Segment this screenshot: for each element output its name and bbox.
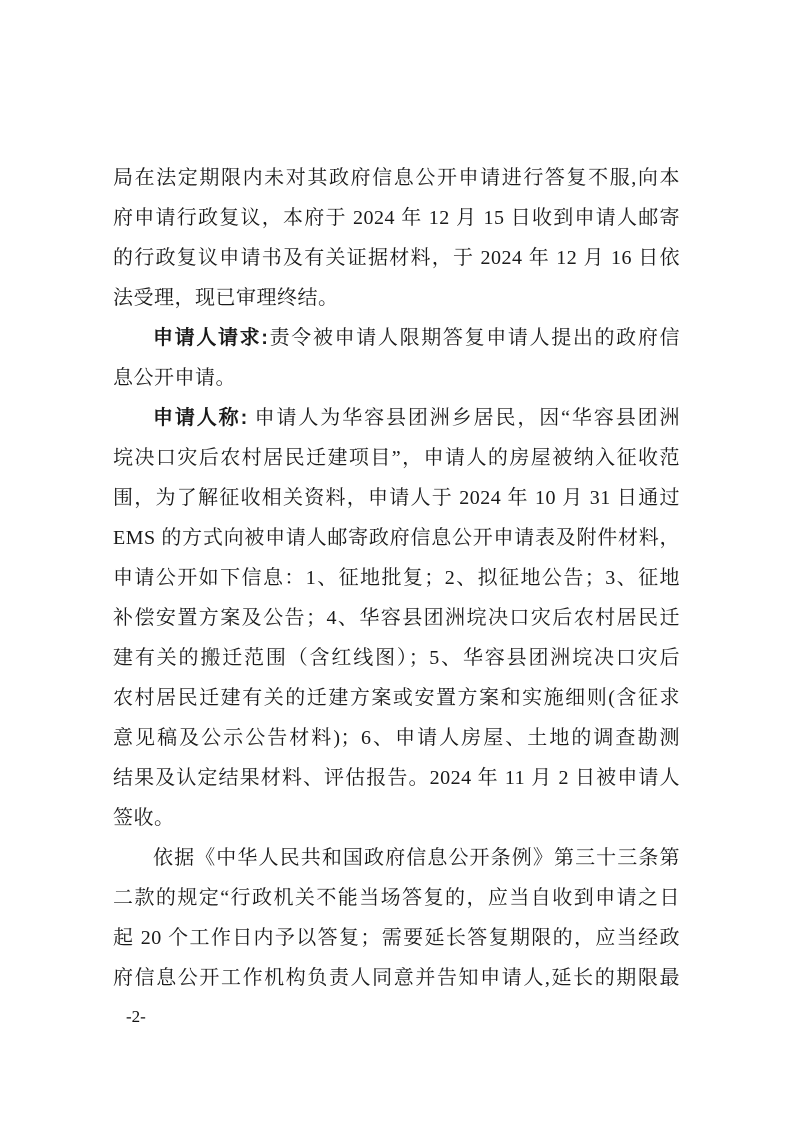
doc-line: 垸决口灾后农村居民迁建项目”，申请人的房屋被纳入征收范: [113, 438, 680, 478]
doc-line: 申请人请求:责令被申请人限期答复申请人提出的政府信: [113, 318, 680, 358]
doc-line: EMS 的方式向被申请人邮寄政府信息公开申请表及附件材料，: [113, 518, 680, 558]
doc-line-text: 责令被申请人限期答复申请人提出的政府信: [268, 327, 680, 349]
applicant-statement-label: 申请人称:: [153, 407, 248, 429]
doc-line: 法受理，现已审理终结。: [113, 278, 680, 318]
doc-line-text: 二款的规定“行政机关不能当场答复的，应当自收到申请之日: [113, 887, 680, 909]
doc-line-text: 签收。: [113, 807, 175, 829]
doc-line-text: 垸决口灾后农村居民迁建项目”，申请人的房屋被纳入征收范: [113, 447, 680, 469]
doc-line-text: 息公开申请。: [113, 367, 236, 389]
doc-line: 局在法定期限内未对其政府信息公开申请进行答复不服,向本: [113, 158, 680, 198]
doc-line: 的行政复议申请书及有关证据材料，于 2024 年 12 月 16 日依: [113, 238, 680, 278]
doc-line-text: 府信息公开工作机构负责人同意并告知申请人,延长的期限最: [113, 967, 680, 989]
doc-line-text: 依据《中华人民共和国政府信息公开条例》第三十三条第: [153, 847, 680, 869]
doc-line-text: 意见稿及公示公告材料)；6、申请人房屋、土地的调查勘测: [113, 727, 680, 749]
doc-line-text: 法受理，现已审理终结。: [113, 287, 339, 309]
doc-line-text: 补偿安置方案及公告；4、华容县团洲垸决口灾后农村居民迁: [113, 607, 680, 629]
document-body-text: 局在法定期限内未对其政府信息公开申请进行答复不服,向本 府申请行政复议，本府于 …: [113, 158, 680, 998]
page-number: -2-: [126, 1004, 146, 1030]
applicant-request-label: 申请人请求:: [153, 327, 268, 349]
doc-line: 补偿安置方案及公告；4、华容县团洲垸决口灾后农村居民迁: [113, 598, 680, 638]
doc-line: 意见稿及公示公告材料)；6、申请人房屋、土地的调查勘测: [113, 718, 680, 758]
doc-line: 农村居民迁建有关的迁建方案或安置方案和实施细则(含征求: [113, 678, 680, 718]
doc-line: 建有关的搬迁范围（含红线图）；5、华容县团洲垸决口灾后: [113, 638, 680, 678]
doc-line-text: EMS 的方式向被申请人邮寄政府信息公开申请表及附件材料，: [113, 527, 680, 549]
doc-line: 起 20 个工作日内予以答复；需要延长答复期限的，应当经政: [113, 918, 680, 958]
doc-line: 府申请行政复议，本府于 2024 年 12 月 15 日收到申请人邮寄: [113, 198, 680, 238]
doc-line-text: 围，为了解征收相关资料，申请人于 2024 年 10 月 31 日通过: [113, 487, 680, 509]
doc-line: 围，为了解征收相关资料，申请人于 2024 年 10 月 31 日通过: [113, 478, 680, 518]
doc-line: 申请公开如下信息：1、征地批复；2、拟征地公告；3、征地: [113, 558, 680, 598]
doc-line: 二款的规定“行政机关不能当场答复的，应当自收到申请之日: [113, 878, 680, 918]
doc-line: 依据《中华人民共和国政府信息公开条例》第三十三条第: [113, 838, 680, 878]
doc-line-text: 起 20 个工作日内予以答复；需要延长答复期限的，应当经政: [113, 927, 680, 949]
doc-line-text: 建有关的搬迁范围（含红线图）；5、华容县团洲垸决口灾后: [113, 647, 680, 669]
doc-line-text: 结果及认定结果材料、评估报告。2024 年 11 月 2 日被申请人: [113, 767, 680, 789]
doc-line: 申请人称: 申请人为华容县团洲乡居民，因“华容县团洲: [113, 398, 680, 438]
doc-line-text: 农村居民迁建有关的迁建方案或安置方案和实施细则(含征求: [113, 687, 680, 709]
doc-line-text: 局在法定期限内未对其政府信息公开申请进行答复不服,向本: [113, 167, 680, 189]
doc-line-text: 的行政复议申请书及有关证据材料，于 2024 年 12 月 16 日依: [113, 247, 680, 269]
document-page: 局在法定期限内未对其政府信息公开申请进行答复不服,向本 府申请行政复议，本府于 …: [0, 0, 793, 1122]
doc-line: 府信息公开工作机构负责人同意并告知申请人,延长的期限最: [113, 958, 680, 998]
doc-line-text: 申请公开如下信息：1、征地批复；2、拟征地公告；3、征地: [113, 567, 680, 589]
doc-line-text: 申请人为华容县团洲乡居民，因“华容县团洲: [248, 407, 680, 429]
doc-line: 结果及认定结果材料、评估报告。2024 年 11 月 2 日被申请人: [113, 758, 680, 798]
doc-line: 息公开申请。: [113, 358, 680, 398]
doc-line-text: 府申请行政复议，本府于 2024 年 12 月 15 日收到申请人邮寄: [113, 207, 680, 229]
doc-line: 签收。: [113, 798, 680, 838]
